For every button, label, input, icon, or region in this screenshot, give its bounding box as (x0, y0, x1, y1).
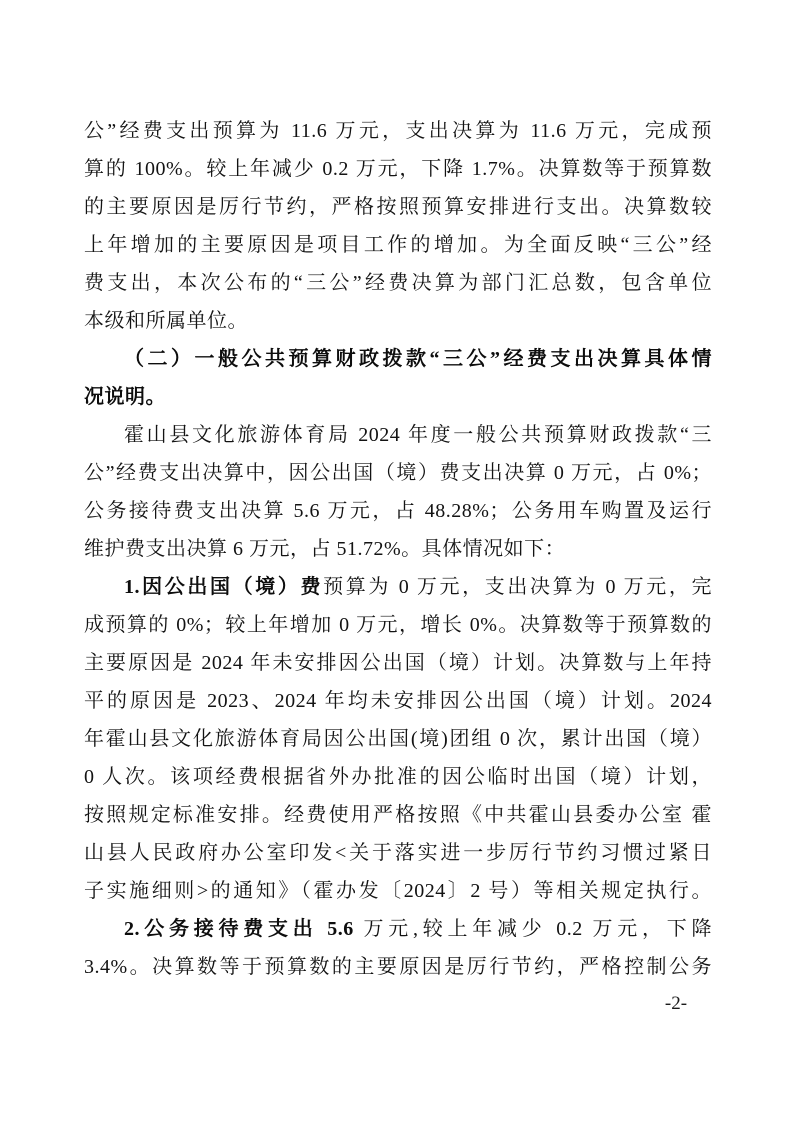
text-run: 平的原因是 2023、2024 年均未安排因公出国（境）计划。2024 (84, 690, 712, 712)
bold-text-run: 况说明。 (84, 386, 166, 408)
text-run: 万元,较上年减少 0.2 万元，下降 (354, 918, 712, 940)
section-heading-line: （二）一般公共预算财政拨款“三公”经费支出决算具体情 (84, 340, 712, 378)
text-line: 公”经费支出决算中，因公出国（境）费支出决算 0 万元，占 0%； (84, 454, 712, 492)
item-2-first-line: 2.公务接待费支出 5.6 万元,较上年减少 0.2 万元，下降 (84, 910, 712, 948)
text-run: 公务接待费支出决算 5.6 万元，占 48.28%；公务用车购置及运行 (84, 500, 712, 522)
text-run: 的主要原因是厉行节约，严格按照预算安排进行支出。决算数较 (84, 196, 712, 218)
text-line: 费支出，本次公布的“三公”经费决算为部门汇总数，包含单位 (84, 264, 712, 302)
text-line: 按照规定标准安排。经费使用严格按照《中共霍山县委办公室 霍 (84, 796, 712, 834)
text-run: 子实施细则>的通知》（霍办发〔2024〕2 号）等相关规定执行。 (84, 880, 712, 902)
text-line: 平的原因是 2023、2024 年均未安排因公出国（境）计划。2024 (84, 682, 712, 720)
text-run: 按照规定标准安排。经费使用严格按照《中共霍山县委办公室 霍 (84, 804, 712, 826)
bold-text-run: 1.因公出国（境）费 (124, 576, 323, 598)
text-run: 3.4%。决算数等于预算数的主要原因是厉行节约，严格控制公务 (84, 956, 712, 978)
text-run: 0 人次。该项经费根据省外办批准的因公临时出国（境）计划， (84, 766, 712, 788)
bold-text-run: 2.公务接待费支出 5.6 (124, 918, 354, 940)
bold-text-run: （二）一般公共预算财政拨款“三公”经费支出决算具体情 (124, 348, 712, 370)
text-run: 算的 100%。较上年减少 0.2 万元，下降 1.7%。决算数等于预算数 (84, 158, 712, 180)
document-page: 公”经费支出预算为 11.6 万元，支出决算为 11.6 万元，完成预算的 10… (0, 0, 793, 1122)
item-1-first-line: 1.因公出国（境）费预算为 0 万元，支出决算为 0 万元，完 (84, 568, 712, 606)
text-run: 维护费支出决算 6 万元，占 51.72%。具体情况如下： (84, 538, 565, 560)
text-line: 0 人次。该项经费根据省外办批准的因公临时出国（境）计划， (84, 758, 712, 796)
text-run: 公”经费支出决算中，因公出国（境）费支出决算 0 万元，占 0%； (84, 462, 712, 484)
text-run: 本级和所属单位。 (84, 310, 248, 332)
section-heading-line: 况说明。 (84, 378, 712, 416)
text-line: 维护费支出决算 6 万元，占 51.72%。具体情况如下： (84, 530, 712, 568)
text-line: 主要原因是 2024 年未安排因公出国（境）计划。决算数与上年持 (84, 644, 712, 682)
text-run: 成预算的 0%；较上年增加 0 万元，增长 0%。决算数等于预算数的 (84, 614, 712, 636)
text-line: 霍山县文化旅游体育局 2024 年度一般公共预算财政拨款“三 (84, 416, 712, 454)
text-run: 霍山县文化旅游体育局 2024 年度一般公共预算财政拨款“三 (124, 424, 712, 446)
document-body: 公”经费支出预算为 11.6 万元，支出决算为 11.6 万元，完成预算的 10… (84, 112, 712, 986)
text-line: 3.4%。决算数等于预算数的主要原因是厉行节约，严格控制公务 (84, 948, 712, 986)
text-line: 上年增加的主要原因是项目工作的增加。为全面反映“三公”经 (84, 226, 712, 264)
page-number: -2- (646, 988, 706, 1020)
text-run: 上年增加的主要原因是项目工作的增加。为全面反映“三公”经 (84, 234, 712, 256)
text-line: 年霍山县文化旅游体育局因公出国(境)团组 0 次，累计出国（境） (84, 720, 712, 758)
text-run: 年霍山县文化旅游体育局因公出国(境)团组 0 次，累计出国（境） (84, 728, 712, 750)
text-run: 预算为 0 万元，支出决算为 0 万元，完 (323, 576, 712, 598)
text-line: 公务接待费支出决算 5.6 万元，占 48.28%；公务用车购置及运行 (84, 492, 712, 530)
text-run: 公”经费支出预算为 11.6 万元，支出决算为 11.6 万元，完成预 (84, 120, 712, 142)
text-line: 公”经费支出预算为 11.6 万元，支出决算为 11.6 万元，完成预 (84, 112, 712, 150)
text-run: 费支出，本次公布的“三公”经费决算为部门汇总数，包含单位 (84, 272, 712, 294)
text-line: 算的 100%。较上年减少 0.2 万元，下降 1.7%。决算数等于预算数 (84, 150, 712, 188)
text-line: 成预算的 0%；较上年增加 0 万元，增长 0%。决算数等于预算数的 (84, 606, 712, 644)
text-line: 的主要原因是厉行节约，严格按照预算安排进行支出。决算数较 (84, 188, 712, 226)
text-run: 主要原因是 2024 年未安排因公出国（境）计划。决算数与上年持 (84, 652, 712, 674)
text-line: 山县人民政府办公室印发<关于落实进一步厉行节约习惯过紧日 (84, 834, 712, 872)
text-line: 本级和所属单位。 (84, 302, 712, 340)
text-line: 子实施细则>的通知》（霍办发〔2024〕2 号）等相关规定执行。 (84, 872, 712, 910)
text-run: 山县人民政府办公室印发<关于落实进一步厉行节约习惯过紧日 (84, 842, 712, 864)
